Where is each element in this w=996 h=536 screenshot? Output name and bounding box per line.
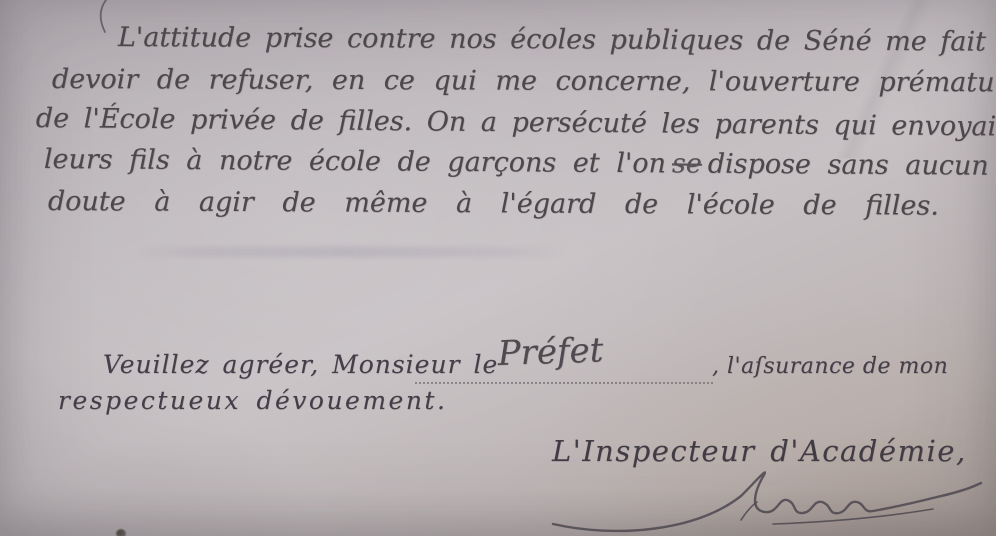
ink-bleed-through	[135, 247, 565, 257]
handwritten-line-5: doute à agir de même à l'égard de l'écol…	[48, 186, 939, 222]
fill-in-dotted-line	[415, 382, 713, 384]
manuscript-letter-photo: L'attitude prise contre nos écoles publi…	[0, 0, 996, 536]
handwritten-line-1: L'attitude prise contre nos écoles publi…	[118, 22, 996, 58]
signature	[545, 466, 985, 536]
printed-closing-line-2: respectueux dévouement.	[58, 386, 447, 415]
ink-blot	[116, 529, 126, 536]
handwritten-fill-prefet: Préfet	[497, 330, 604, 374]
signer-title: L'Inspecteur d'Académie,	[552, 434, 967, 468]
line-4-text-after-correction: dispose sans aucun	[708, 149, 989, 182]
printed-closing-continuation: , l'aſsurance de mon	[712, 354, 948, 379]
handwritten-line-4: leurs fils à notre école de garçons et l…	[44, 144, 989, 182]
struck-out-word: se	[672, 148, 702, 179]
handwritten-line-2: devoir de refuser, en ce qui me concerne…	[52, 64, 996, 98]
stray-ink-stroke	[92, 0, 116, 38]
line-4-text: leurs fils à notre école de garçons et l…	[44, 144, 666, 179]
printed-closing-salutation: Veuillez agréer, Monsieur le	[103, 350, 498, 379]
